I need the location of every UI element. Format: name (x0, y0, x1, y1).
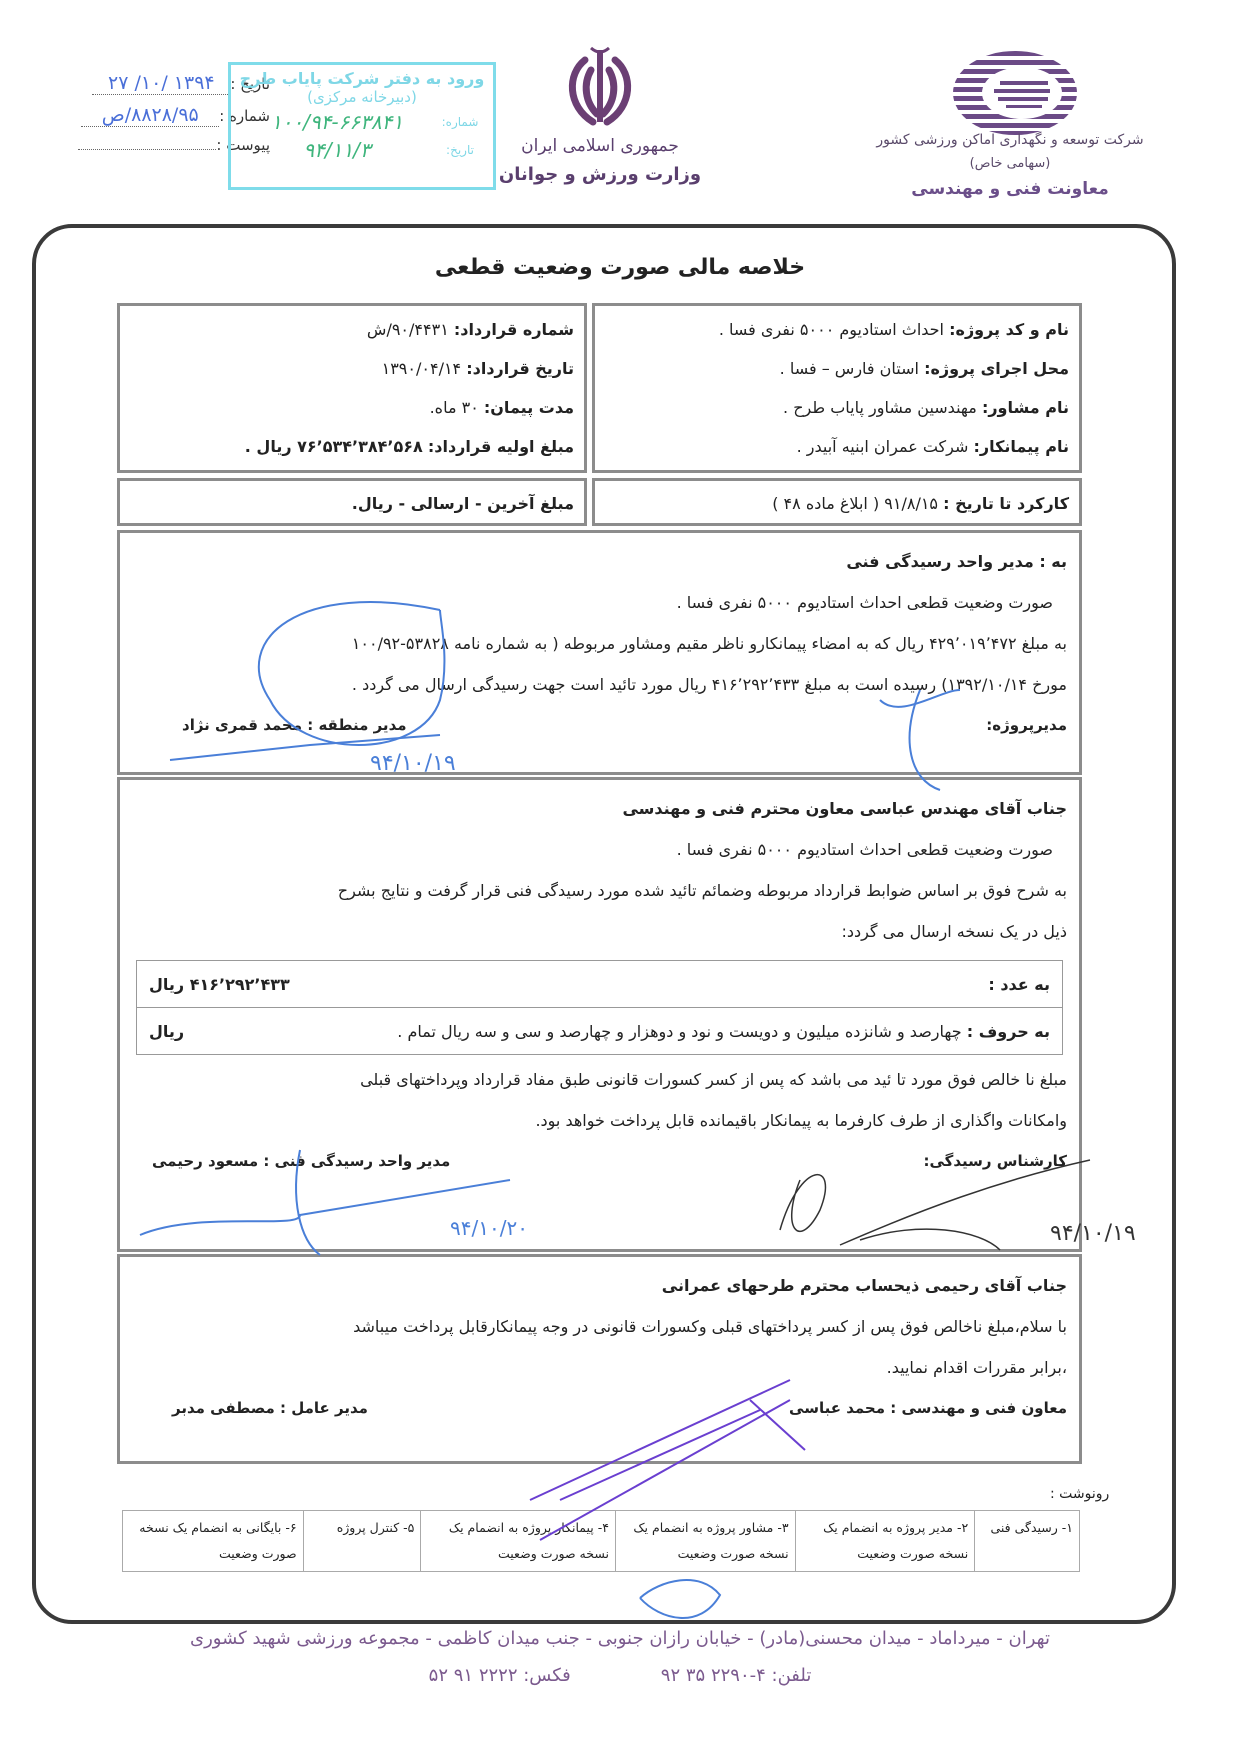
amount-words-row: به حروف : چهارصد و شانزده میلیون و دویست… (137, 1007, 1062, 1054)
cc-item: ۱- رسیدگی فنی (974, 1511, 1079, 1571)
section3-signatures: معاون فنی و مهندسی : محمد عباسی مدیر عام… (132, 1388, 1067, 1429)
contract-initial-amount-row: مبلغ اولیه قرارداد: ۷۶٬۵۳۴٬۳۸۴٬۵۶۸ ریال … (130, 427, 574, 466)
initial-amount-label: مبلغ اولیه قرارداد: (428, 437, 574, 456)
document-title: خلاصه مالی صورت وضعیت قطعی (0, 255, 1240, 280)
company-department: معاونت فنی و مهندسی (860, 179, 1160, 199)
company-name: شرکت توسعه و نگهداری اماکن ورزشی کشور (860, 132, 1160, 148)
footer-fax: فکس: ۲۲۲۲ ۹۱ ۵۲ (429, 1665, 571, 1686)
section2-recipient: جناب آقای مهندس عباسی معاون محترم فنی و … (132, 788, 1067, 829)
section2-body-line1: به شرح فوق بر اساس ضوابط قرارداد مربوطه … (132, 870, 1067, 911)
cc-label: رونوشت : (1050, 1486, 1109, 1502)
deputy-signature: معاون فنی و مهندسی : محمد عباسی (789, 1388, 1067, 1429)
amount-numeric-row: به عدد : ۴۱۶٬۲۹۲٬۴۳۳ ریال (137, 961, 1062, 1007)
contract-date-row: تاریخ قرارداد: ۱۳۹۰/۰۴/۱۴ (130, 349, 574, 388)
project-info-list: نام و کد پروژه: احداث استادیوم ۵۰۰۰ نفری… (595, 306, 1079, 470)
section3-body-line1: با سلام،مبلغ ناخالص فوق پس از کسر پرداخت… (132, 1306, 1067, 1347)
project-name-label: نام و کد پروژه: (949, 320, 1069, 339)
stamp-subtitle: (دبیرخانه مرکزی) (231, 88, 493, 106)
contract-date-value: ۱۳۹۰/۰۴/۱۴ (382, 359, 462, 378)
section-project-manager: به : مدیر واحد رسیدگی فنی صورت وضعیت قطع… (117, 530, 1082, 775)
regional-manager-signature: مدیر منطقه : محمد قمری نژاد (182, 705, 407, 746)
cc-item: ۲- مدیر پروژه به انضمام یک نسخه صورت وضع… (795, 1511, 975, 1571)
work-until-cell: کارکرد تا تاریخ : ۹۱/۸/۱۵ ( ابلاغ ماده ۴… (595, 481, 1079, 527)
cc-item: ۵- کنترل پروژه (303, 1511, 421, 1571)
last-amount-cell: مبلغ آخرین - ارسالی - ریال. (120, 481, 584, 527)
ceo-signature: مدیر عامل : مصطفی مدبر (172, 1388, 368, 1429)
project-location-label: محل اجرای پروژه: (924, 359, 1069, 378)
amount-words: به حروف : چهارصد و شانزده میلیون و دویست… (397, 1022, 1050, 1041)
contract-number-label: شماره قرارداد: (454, 320, 574, 339)
section3-body-line2: ،برابر مقررات اقدام نمایید. (132, 1347, 1067, 1388)
company-block: شرکت توسعه و نگهداری اماکن ورزشی کشور (س… (860, 132, 1160, 199)
consultant-value: مهندسین مشاور پایاب طرح . (783, 398, 977, 417)
project-manager-label: مدیرپروژه: (986, 705, 1067, 746)
ministry-name: وزارت ورزش و جوانان (470, 164, 730, 185)
republic-name: جمهوری اسلامی ایران (470, 136, 730, 156)
project-name-row: نام و کد پروژه: احداث استادیوم ۵۰۰۰ نفری… (605, 310, 1069, 349)
work-until-label: کارکرد تا تاریخ : (943, 494, 1069, 513)
footer-phone: تلفن: ۴-۲۲۹۰ ۳۵ ۹۲ (661, 1665, 812, 1686)
section1-body-line2: مورخ ۱۳۹۲/۱۰/۱۴) رسیده است به مبلغ ۴۱۶٬۲… (132, 664, 1067, 705)
amount-numeric-label: به عدد : (988, 975, 1050, 994)
project-info-box: نام و کد پروژه: احداث استادیوم ۵۰۰۰ نفری… (592, 303, 1082, 473)
section1-subject: صورت وضعیت قطعی احداث استادیوم ۵۰۰۰ نفری… (132, 582, 1067, 623)
review-manager-signature: مدیر واحد رسیدگی فنی : مسعود رحیمی (152, 1141, 450, 1182)
contract-duration-label: مدت پیمان: (484, 398, 574, 417)
contract-info-list: شماره قرارداد: ۹۰/۴۴۳۱/ش تاریخ قرارداد: … (120, 306, 584, 470)
contractor-value: شرکت عمران ابنیه آبیدر . (797, 437, 969, 456)
iran-emblem-icon (555, 40, 645, 130)
consultant-label: نام مشاور: (982, 398, 1069, 417)
section2-signatures: کارشناس رسیدگی: مدیر واحد رسیدگی فنی : م… (132, 1141, 1067, 1182)
cc-item: ۳- مشاور پروژه به انضمام یک نسخه صورت وض… (615, 1511, 795, 1571)
amount-words-unit: ریال (149, 1022, 184, 1041)
stamp-number-row: شماره: ۱۰۰/۹۴-۶۶۳۸۴۱ (231, 110, 493, 134)
contract-number-row: شماره قرارداد: ۹۰/۴۴۳۱/ش (130, 310, 574, 349)
project-name-value: احداث استادیوم ۵۰۰۰ نفری فسا . (719, 320, 944, 339)
footer: تهران - میرداماد - میدان محسنی(مادر) - خ… (0, 1628, 1240, 1686)
ministry-title: جمهوری اسلامی ایران وزارت ورزش و جوانان (470, 136, 730, 185)
contractor-row: نام پیمانکار: شرکت عمران ابنیه آبیدر . (605, 427, 1069, 466)
amount-numeric-value: ۴۱۶٬۲۹۲٬۴۳۳ ریال (149, 975, 290, 994)
footer-contacts: تلفن: ۴-۲۲۹۰ ۳۵ ۹۲ فکس: ۲۲۲۲ ۹۱ ۵۲ (0, 1665, 1240, 1686)
footer-address: تهران - میرداماد - میدان محسنی(مادر) - خ… (0, 1628, 1240, 1649)
section-payment-order: جناب آقای رحیمی ذیحساب محترم طرحهای عمرا… (117, 1254, 1082, 1464)
section2-note-line2: وامکانات واگذاری از طرف کارفرما به پیمان… (132, 1100, 1067, 1141)
consultant-row: نام مشاور: مهندسین مشاور پایاب طرح . (605, 388, 1069, 427)
cc-item: ۴- پیمانکار پروژه به انضمام یک نسخه صورت… (420, 1511, 615, 1571)
stamp-title: ورود به دفتر شرکت پایاب طرح (231, 69, 493, 88)
company-logo-icon (950, 48, 1080, 138)
cc-table: ۱- رسیدگی فنی ۲- مدیر پروژه به انضمام یک… (122, 1510, 1080, 1572)
approved-amount-table: به عدد : ۴۱۶٬۲۹۲٬۴۳۳ ریال به حروف : چهار… (136, 960, 1063, 1055)
contract-number-value: ۹۰/۴۴۳۱/ش (367, 320, 449, 339)
contractor-label: نام پیمانکار: (973, 437, 1069, 456)
section3-recipient: جناب آقای رحیمی ذیحساب محترم طرحهای عمرا… (132, 1265, 1067, 1306)
initial-amount-value: ۷۶٬۵۳۴٬۳۸۴٬۵۶۸ ریال . (245, 437, 423, 456)
amount-words-label: به حروف : (967, 1022, 1050, 1041)
section1-signatures: مدیرپروژه: مدیر منطقه : محمد قمری نژاد (132, 705, 1067, 746)
work-until-value: ۹۱/۸/۱۵ ( ابلاغ ماده ۴۸ ) (772, 494, 938, 513)
date-value: ۱۳۹۴ /۱۰/ ۲۷ (92, 72, 230, 95)
project-location-value: استان فارس – فسا . (780, 359, 919, 378)
contract-date-label: تاریخ قرارداد: (466, 359, 574, 378)
stamp-number-value: ۱۰۰/۹۴-۶۶۳۸۴۱ (239, 110, 435, 134)
work-until-box: کارکرد تا تاریخ : ۹۱/۸/۱۵ ( ابلاغ ماده ۴… (592, 478, 1082, 526)
stamp-date-value: ۹۴/۱۱/۳ (239, 138, 435, 162)
amount-words-value: چهارصد و شانزده میلیون و دویست و نود و د… (397, 1022, 961, 1041)
contract-info-box: شماره قرارداد: ۹۰/۴۴۳۱/ش تاریخ قرارداد: … (117, 303, 587, 473)
cc-item: ۶- بایگانی به انضمام یک نسخه صورت وضعیت (123, 1511, 303, 1571)
section1-recipient: به : مدیر واحد رسیدگی فنی (132, 541, 1067, 582)
number-value: ۸۸۲۸/۹۵/ص (81, 104, 219, 127)
reviewer-label: کارشناس رسیدگی: (924, 1141, 1068, 1182)
section1-body-line1: به مبلغ ۴۲۹٬۰۱۹٬۴۷۲ ریال که به امضاء پیم… (132, 623, 1067, 664)
attachment-value (78, 149, 216, 150)
stamp-number-label: شماره: (435, 115, 485, 129)
section-technical-review: جناب آقای مهندس عباسی معاون محترم فنی و … (117, 777, 1082, 1252)
contract-duration-value: ۳۰ ماه. (430, 398, 479, 417)
section2-subject: صورت وضعیت قطعی احداث استادیوم ۵۰۰۰ نفری… (132, 829, 1067, 870)
section2-body-line2: ذیل در یک نسخه ارسال می گردد: (132, 911, 1067, 952)
last-amount-box: مبلغ آخرین - ارسالی - ریال. (117, 478, 587, 526)
receipt-stamp: ورود به دفتر شرکت پایاب طرح (دبیرخانه مر… (228, 62, 496, 190)
contract-duration-row: مدت پیمان: ۳۰ ماه. (130, 388, 574, 427)
last-amount-label: مبلغ آخرین - ارسالی - ریال. (352, 494, 574, 513)
company-type: (سهامی خاص) (860, 156, 1160, 171)
section2-note-line1: مبلغ نا خالص فوق مورد تا ئید می باشد که … (132, 1059, 1067, 1100)
project-location-row: محل اجرای پروژه: استان فارس – فسا . (605, 349, 1069, 388)
stamp-date-row: تاریخ: ۹۴/۱۱/۳ (231, 138, 493, 162)
